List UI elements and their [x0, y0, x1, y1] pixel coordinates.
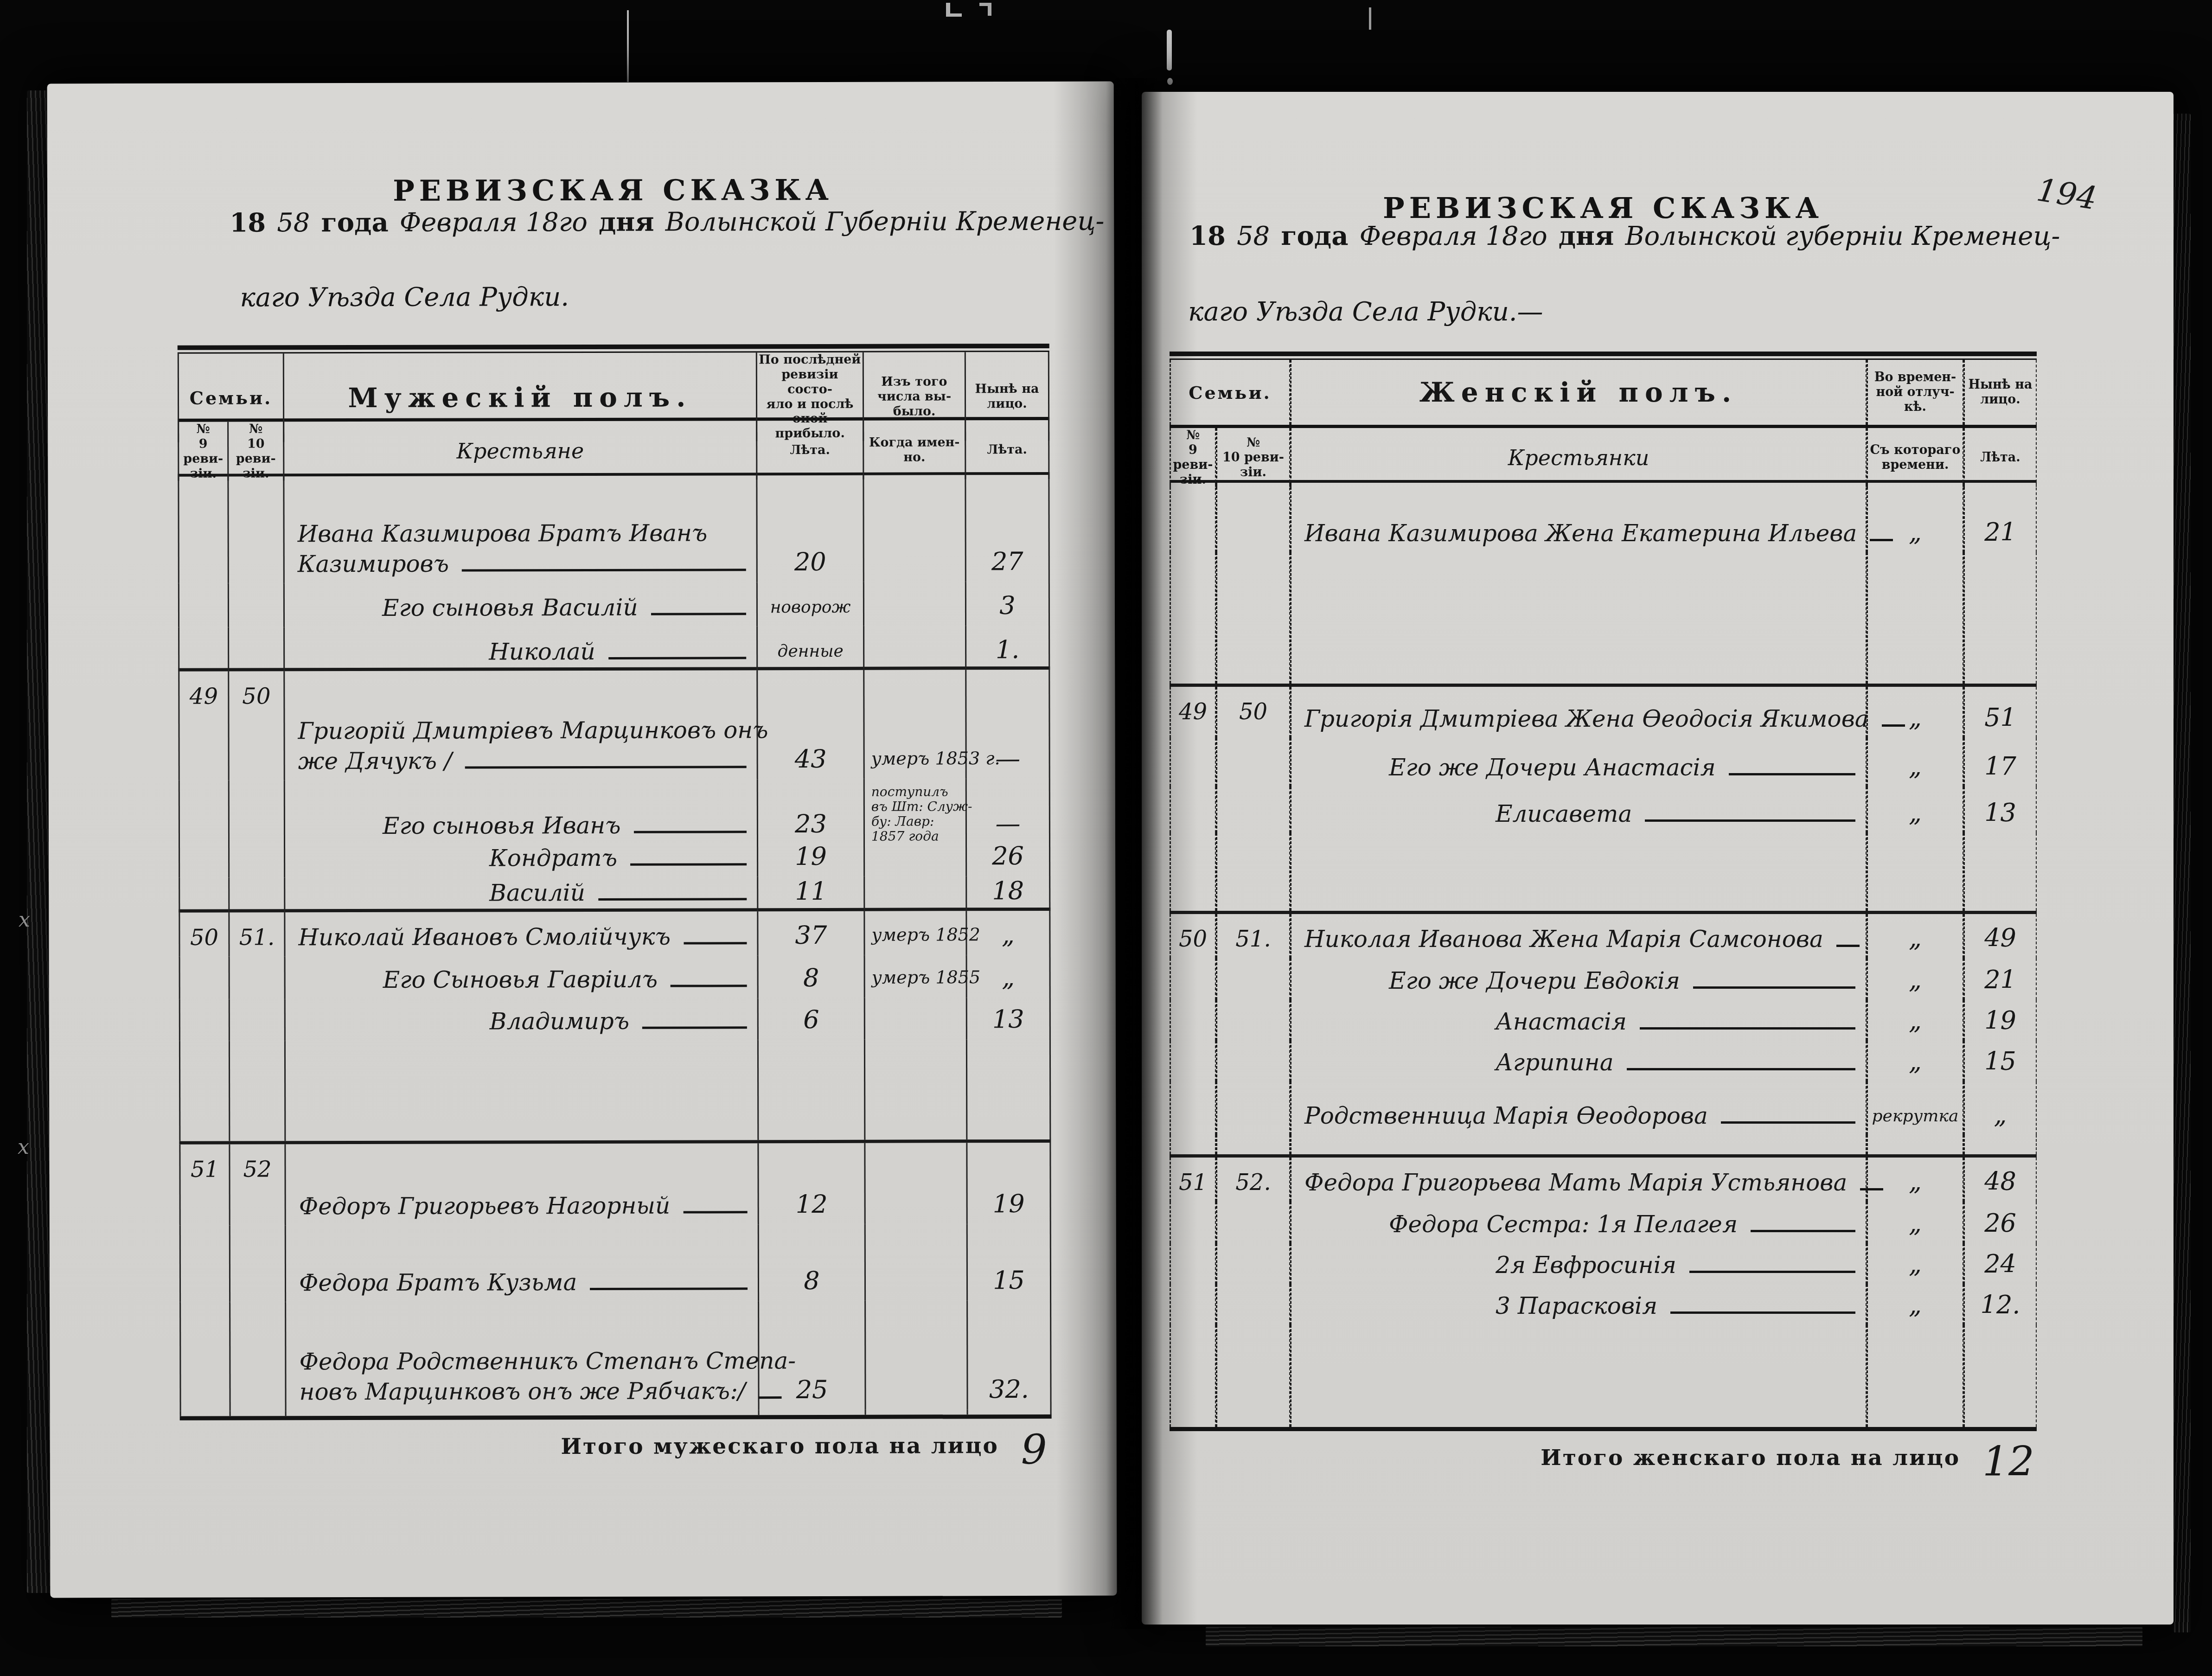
person-row: Николайденные1. — [178, 626, 1050, 672]
person-name: Федора Сестра: 1я Пелагея — [1389, 1209, 1738, 1240]
name-line: Николай — [489, 636, 756, 667]
absence-cell: „ — [1867, 1041, 1963, 1081]
rev9-number: 50 — [179, 913, 230, 957]
scan-artifact — [946, 3, 962, 17]
family-block: 5152Федоръ Григорьевъ Нагорный1219Федора… — [179, 1143, 1051, 1420]
cell-value: „ — [1994, 1100, 2007, 1129]
name-underline — [608, 657, 746, 659]
name-underline — [465, 766, 747, 768]
filler-cell — [1867, 1135, 1963, 1154]
scan-artifact — [1369, 7, 1371, 30]
age-previous: 37 — [758, 911, 865, 955]
column-subheader: Лѣта. — [966, 420, 1049, 480]
age-previous: 23 — [758, 779, 865, 844]
text-line: Изъ того — [881, 374, 947, 389]
cell-value: 3 — [999, 591, 1015, 620]
cell-value: 21 — [1984, 518, 2016, 547]
age-previous: 19 — [758, 839, 865, 876]
total-count: 9 — [1021, 1426, 1047, 1473]
name-underline — [683, 1211, 747, 1213]
absence-cell: „ — [1867, 958, 1963, 1000]
person-name-cell: Его же Дочери Евдокія — [1290, 958, 1867, 1000]
age-current: 18 — [967, 876, 1050, 911]
family-block: Ивана Казимирова Братъ ИванъКазимировъ20… — [178, 475, 1050, 672]
departure-note: умеръ 1855 — [865, 955, 967, 998]
summary-label: Итого женскаго пола на лицо — [1541, 1438, 1960, 1471]
age-current: 19 — [1963, 1000, 2037, 1041]
cell-value: „ — [1909, 1006, 1922, 1035]
name-line: же Дячукъ / — [298, 745, 757, 776]
text-line: бу: Лавр: — [871, 814, 962, 829]
scan-artifact — [979, 3, 991, 16]
right-page: 194 РЕВИЗСКАЯ СКАЗКА 1858годаФевраля 18г… — [1142, 92, 2174, 1625]
text-line: лицо. — [1980, 392, 2020, 407]
rev10-number — [230, 840, 285, 877]
age-current: 49 — [1963, 914, 2037, 958]
handwritten-year: 58 — [277, 208, 310, 238]
summary-label: Итого мужескаго пола на лицо — [561, 1426, 998, 1459]
absence-cell: „ — [1867, 1202, 1963, 1243]
printed-goda: года — [1281, 221, 1348, 251]
filler-cell — [865, 1039, 967, 1139]
rev9-number: 51 — [179, 1145, 230, 1226]
name-line: Казимировъ — [298, 548, 756, 579]
filler-cell — [1290, 1325, 1867, 1427]
name-line: Федора Родственникъ Степанъ Степа- — [299, 1346, 758, 1377]
age-previous: 12 — [759, 1143, 865, 1224]
filler-cell — [230, 1041, 286, 1141]
age-current: 3 — [966, 582, 1050, 626]
column-subheader: Съ котораговремени. — [1867, 428, 1963, 487]
name-line: Владимиръ — [490, 1006, 757, 1036]
person-row: Его сыновья Иванъ23поступилъвъ Шт: Служ-… — [179, 779, 1050, 841]
name-line: Его же Дочери Анастасія — [1389, 753, 1866, 783]
scanned-book-spread: x x РЕВИЗСКАЯ СКАЗКА 1858годаФевраля 18г… — [0, 0, 2212, 1676]
filler-cell — [1963, 1135, 2037, 1154]
block-filler — [1170, 1325, 2037, 1427]
filler-cell — [1170, 552, 1216, 684]
person-name: Его сыновья Василій — [382, 593, 638, 623]
name-line: Кондратъ — [489, 843, 757, 873]
cell-value: 25 — [796, 1375, 828, 1404]
rev9-number — [178, 477, 229, 583]
departure-note — [864, 475, 966, 582]
age-current: 12. — [1963, 1284, 2037, 1325]
table-header-main: Семьи.Мужескій полъ.По послѣднейревизіи … — [178, 351, 1049, 422]
age-current: 13 — [967, 998, 1051, 1039]
block-filler — [1170, 552, 2037, 684]
person-name-cell: Владимиръ — [286, 998, 759, 1041]
class-subheader: Крестьянки — [1290, 428, 1867, 487]
revision-title: РЕВИЗСКАЯ СКАЗКА — [177, 173, 1049, 208]
cell-value: 8 — [803, 963, 819, 992]
cell-value: „ — [1909, 1047, 1922, 1076]
person-row: Владимиръ613 — [179, 998, 1051, 1041]
filler-cell — [1963, 1325, 2037, 1427]
age-current: 15 — [1963, 1041, 2037, 1081]
text-line: въ Шт: Служ- — [871, 799, 962, 814]
cell-value: „ — [1909, 798, 1922, 827]
text-line: кѣ. — [1904, 400, 1926, 415]
left-page: РЕВИЗСКАЯ СКАЗКА 1858годаФевраля 18годня… — [47, 82, 1117, 1598]
person-row: Федора Родственникъ Степанъ Степа-новъ М… — [179, 1300, 1051, 1411]
person-name-cell: Его Сыновья Гавріилъ — [286, 955, 759, 999]
person-row: 5051.Николай Ивановъ Смолійчукъ37умеръ 1… — [179, 911, 1050, 957]
summary-row: Итого мужескаго пола на лицо 9 — [561, 1426, 1047, 1474]
text-line: Во времен- — [1874, 370, 1956, 385]
date-line: 1858годаФевраля 18годняВолынской губерні… — [1186, 221, 2067, 251]
person-row: 4950Григорій Дмитріевъ Марцинковъ онъже … — [178, 670, 1050, 780]
rev10-number — [230, 780, 285, 845]
rev9-number: 49 — [1170, 687, 1216, 738]
printed-dnya: дня — [1559, 221, 1614, 251]
person-name-cell: Ивана Казимирова Братъ ИванъКазимировъ — [284, 475, 757, 583]
person-name: Василій — [489, 878, 585, 908]
cell-value: 6 — [803, 1005, 819, 1034]
rev9-number — [178, 583, 229, 627]
filler-cell — [1170, 1135, 1216, 1154]
rev10-number — [1216, 483, 1290, 552]
person-row: Федора Сестра: 1я Пелагея„26 — [1170, 1202, 2037, 1243]
departure-note: поступилъвъ Шт: Служ-бу: Лавр:1857 года — [865, 779, 967, 844]
age-current: 27 — [966, 475, 1049, 582]
cell-value: 37 — [795, 921, 827, 950]
handwritten-month-day: Февраля 18го — [400, 207, 588, 238]
name-underline — [651, 613, 746, 615]
text-line: умеръ 1853 г. — [871, 748, 962, 769]
name-line: 2я Евфросинія — [1496, 1250, 1866, 1280]
person-name-cell: Его же Дочери Анастасія — [1290, 738, 1867, 787]
date-line: 1858годаФевраля 18годняВолынской Губерні… — [226, 206, 1112, 238]
person-name-cell: Николай — [285, 626, 758, 671]
departure-note — [865, 1143, 967, 1224]
family-block: 5051.Николая Иванова Жена Марія Самсонов… — [1170, 914, 2037, 1158]
scan-artifact — [627, 10, 629, 82]
rev10-number — [230, 999, 286, 1041]
cell-value: новорож — [770, 598, 851, 621]
table-header-sub: №9 реви-зіи.№10 реви-зіи.КрестьянкиСъ ко… — [1170, 428, 2037, 483]
text-line: Крестьянки — [1508, 445, 1649, 470]
text-line: № — [196, 422, 210, 437]
book-gutter — [1106, 78, 1163, 1629]
rev10-number — [1216, 1243, 1290, 1284]
name-underline — [1836, 945, 1860, 947]
age-previous: 8 — [759, 955, 865, 998]
person-name: Федора Родственникъ Степанъ Степа- — [299, 1346, 796, 1377]
person-row: Ивана Казимирова Жена Екатерина Ильева„2… — [1170, 483, 2037, 552]
person-row: Кондратъ1926 — [179, 839, 1050, 878]
name-line: Федоръ Григорьевъ Нагорный — [299, 1190, 758, 1222]
filler-cell — [1216, 833, 1290, 911]
filler-cell — [1216, 552, 1290, 684]
person-name: Николай — [489, 637, 595, 667]
name-line: Василій — [489, 877, 757, 908]
filler-cell — [1963, 552, 2037, 684]
filler-cell — [1867, 552, 1963, 684]
text-line: № — [249, 422, 262, 436]
age-current: 32. — [968, 1300, 1051, 1409]
person-row: Родственница Марія Ѳеодороварекрутка„ — [1170, 1081, 2037, 1135]
absence-cell: рекрутка — [1867, 1081, 1963, 1135]
name-underline — [1689, 1271, 1855, 1273]
person-row: 5152.Федора Григорьева Мать Марія Устьян… — [1170, 1158, 2037, 1202]
cell-value: 20 — [794, 547, 826, 576]
text-line: 10 реви- — [1222, 450, 1284, 465]
person-row: Его сыновья Василійноворож3 — [178, 582, 1050, 627]
cell-value: „ — [1002, 920, 1015, 949]
name-line: Его сыновья Василій — [382, 592, 756, 623]
rev9-number — [179, 878, 230, 913]
cell-value: „ — [1909, 518, 1922, 547]
text-line: было. — [893, 404, 936, 419]
place-line: каго Уѣзда Села Рудки. — [240, 282, 569, 313]
name-underline — [1627, 1068, 1856, 1070]
rev10-number — [1216, 958, 1290, 1000]
absence-cell: „ — [1867, 914, 1963, 958]
cell-value: 12. — [1981, 1290, 2020, 1319]
rev10-number — [229, 583, 285, 627]
rev10-number — [1216, 1202, 1290, 1243]
name-underline — [1751, 1230, 1855, 1232]
cell-value: „ — [1909, 1290, 1922, 1319]
cell-value: „ — [1909, 965, 1922, 994]
page-stack-edge — [1206, 1627, 2142, 1646]
age-current: 24 — [1963, 1243, 2037, 1284]
filler-cell — [1216, 1135, 1290, 1154]
cell-value: 13 — [992, 1004, 1024, 1034]
name-underline — [598, 898, 747, 901]
name-line: Федора Григорьева Мать Марія Устьянова — [1304, 1168, 1866, 1198]
person-name: Григорія Дмитріева Жена Ѳеодосія Якимова — [1304, 704, 1869, 734]
printed-goda: года — [321, 207, 388, 238]
cell-value: 18 — [992, 876, 1024, 905]
revision-title: РЕВИЗСКАЯ СКАЗКА — [1170, 191, 2037, 225]
filler-cell — [287, 1410, 760, 1416]
rev9-number — [1170, 787, 1216, 833]
name-line: Федора Сестра: 1я Пелагея — [1389, 1209, 1866, 1240]
name-line: Его Сыновья Гавріилъ — [383, 964, 757, 995]
name-underline — [630, 863, 747, 866]
person-name: Григорій Дмитріевъ Марцинковъ онъ — [298, 715, 768, 746]
person-row: Агрипина„15 — [1170, 1041, 2037, 1081]
person-name-cell: Елисавета — [1290, 787, 1867, 833]
text-line: поступилъ — [871, 784, 962, 799]
name-line: Елисавета — [1496, 799, 1866, 829]
person-name: Федоръ Григорьевъ Нагорный — [299, 1191, 671, 1222]
age-current: 26 — [1963, 1202, 2037, 1243]
cell-value: „ — [1909, 752, 1922, 781]
person-name-cell: Федоръ Григорьевъ Нагорный — [286, 1143, 759, 1225]
block-filler — [179, 1039, 1051, 1141]
departure-note — [866, 1300, 968, 1409]
page-number: 194 — [2034, 172, 2100, 217]
absence-cell: „ — [1867, 1000, 1963, 1041]
text-line: Лѣта. — [1980, 450, 2020, 465]
text-line: Съ котораго — [1870, 443, 1961, 458]
age-current: 26 — [967, 839, 1050, 876]
person-name: Федора Братъ Кузьма — [299, 1267, 577, 1298]
name-underline — [1640, 1027, 1855, 1030]
person-name-cell: Его сыновья Иванъ — [285, 779, 758, 845]
age-current: 21 — [1963, 483, 2037, 552]
departure-note: умеръ 1852 — [865, 911, 967, 955]
name-underline — [1670, 1311, 1855, 1314]
text-line: лицо. — [987, 397, 1027, 411]
person-name: Агрипина — [1496, 1048, 1614, 1078]
rev9-number — [1170, 1081, 1216, 1135]
column-subheader: Лѣта. — [1963, 428, 2037, 487]
rev10-number — [1216, 787, 1290, 833]
cell-value: „ — [1909, 1209, 1922, 1238]
filler-cell — [179, 1041, 230, 1141]
rev9-number — [1170, 1041, 1216, 1081]
cell-value: 19 — [1984, 1006, 2016, 1035]
rev9-number — [1170, 738, 1216, 787]
name-line: Федора Братъ Кузьма — [299, 1267, 758, 1298]
handwritten-year: 58 — [1237, 221, 1270, 251]
summary-row: Итого женскаго пола на лицо 12 — [1541, 1438, 2034, 1485]
person-row: Елисавета„13 — [1170, 787, 2037, 833]
person-name: Его Сыновья Гавріилъ — [383, 965, 658, 995]
person-row: Его Сыновья Гавріилъ8умеръ 1855„ — [179, 955, 1051, 999]
person-name: Николая Иванова Жена Марія Самсонова — [1304, 924, 1823, 954]
rev9-number — [1170, 1000, 1216, 1041]
person-name: же Дячукъ / — [298, 746, 452, 777]
person-row: 5051.Николая Иванова Жена Марія Самсонов… — [1170, 914, 2037, 958]
filler-cell — [1290, 1135, 1867, 1154]
name-line: Его сыновья Иванъ — [383, 810, 757, 841]
rev9-number — [1170, 1243, 1216, 1284]
rev10-number — [230, 877, 285, 912]
person-name-cell: Анастасія — [1290, 1000, 1867, 1041]
rev10-number: 51. — [230, 912, 285, 956]
class-subheader: Крестьяне — [284, 421, 757, 481]
cell-value: „ — [1909, 1249, 1922, 1279]
family-block: 5051.Николай Ивановъ Смолійчукъ37умеръ 1… — [179, 911, 1051, 1145]
name-line: Николая Иванова Жена Марія Самсонова — [1304, 924, 1866, 954]
name-line: Григорій Дмитріевъ Марцинковъ онъ — [298, 715, 756, 746]
place-line: каго Уѣзда Села Рудки.— — [1188, 297, 1543, 327]
rev10-number — [230, 1225, 286, 1302]
age-previous: 25 — [759, 1301, 866, 1410]
person-row: 2я Евфросинія„24 — [1170, 1243, 2037, 1284]
rev10-number — [230, 1302, 286, 1411]
name-line: новъ Марцинковъ онъ же Рябчакъ:/ — [299, 1376, 758, 1407]
handwritten-month-day: Февраля 18го — [1359, 221, 1547, 251]
rev10-number: 50 — [229, 671, 285, 780]
person-name-cell: Григорія Дмитріева Жена Ѳеодосія Якимова — [1290, 687, 1867, 738]
person-row: Его же Дочери Анастасія„17 — [1170, 738, 2037, 787]
age-current: 21 — [1963, 958, 2037, 1000]
text-line: Лѣта. — [987, 442, 1027, 457]
filler-cell — [1867, 1325, 1963, 1427]
text-line: № — [1247, 435, 1260, 450]
name-line: Николай Ивановъ Смолійчукъ — [298, 921, 757, 953]
rev9-number: 51 — [1170, 1158, 1216, 1202]
text-line: времени. — [1882, 458, 1949, 473]
printed-year-prefix: 18 — [230, 207, 266, 238]
column-subheader: №10 реви-зіи. — [229, 422, 284, 481]
absence-cell: „ — [1867, 1284, 1963, 1325]
cell-value: „ — [1909, 703, 1922, 732]
name-underline — [1721, 1121, 1855, 1124]
filler-cell — [1290, 552, 1867, 684]
handwritten-province: Волынской губерніи Кременец- — [1625, 221, 2060, 251]
handwritten-province: Волынской Губерніи Кременец- — [665, 206, 1105, 237]
column-subheader: Когда имен-но. — [864, 420, 966, 480]
cell-value: 12 — [796, 1190, 828, 1219]
filler-cell — [968, 1409, 1052, 1414]
text-line: но. — [903, 450, 925, 465]
age-previous: 20 — [757, 475, 864, 582]
person-name-cell: Николай Ивановъ Смолійчукъ — [285, 911, 758, 956]
text-line: Нынѣ на — [1969, 377, 2033, 392]
family-block: 5152.Федора Григорьева Мать Марія Устьян… — [1170, 1158, 2037, 1431]
rev9-number — [179, 999, 230, 1041]
departure-note — [865, 876, 967, 911]
person-name-cell: Агрипина — [1290, 1041, 1867, 1081]
rev9-number — [1170, 1284, 1216, 1325]
cell-value: 26 — [1984, 1209, 2016, 1238]
cell-value: 1. — [996, 635, 1020, 664]
cell-value: рекрутка — [1872, 1107, 1959, 1129]
cell-value: денные — [778, 642, 844, 665]
name-underline — [642, 1026, 747, 1029]
rev9-number — [179, 841, 230, 878]
filler-cell — [1170, 1325, 1216, 1427]
age-previous: денные — [758, 626, 864, 670]
age-previous: 8 — [759, 1224, 866, 1301]
filler-cell — [866, 1409, 968, 1414]
rev9-number — [179, 1226, 230, 1302]
filler-cell — [1963, 833, 2037, 911]
text-line: 9 реви- — [1171, 443, 1215, 473]
rev9-number — [1170, 1202, 1216, 1243]
age-current: „ — [1963, 1081, 2037, 1135]
departure-note: умеръ 1853 г. — [864, 670, 966, 779]
person-name: Его же Дочери Евдокія — [1389, 966, 1680, 996]
filler-cell — [1216, 1325, 1290, 1427]
filler-cell — [760, 1410, 866, 1415]
cell-value: 27 — [991, 547, 1023, 576]
text-line: № — [1186, 428, 1200, 443]
text-line: 10 реви- — [229, 436, 283, 466]
column-subheader: №10 реви-зіи. — [1216, 428, 1290, 487]
age-current: „ — [967, 911, 1050, 955]
column-header: Во времен-ной отлуч-кѣ. — [1867, 360, 1963, 425]
rev10-number: 50 — [1216, 687, 1290, 738]
text-line: умеръ 1855 — [872, 967, 962, 988]
absence-cell: „ — [1867, 787, 1963, 833]
age-current: 15 — [968, 1224, 1051, 1300]
name-underline — [1693, 986, 1855, 989]
person-name: новъ Марцинковъ онъ же Рябчакъ:/ — [299, 1376, 745, 1407]
text-line: яло и послѣ — [766, 397, 853, 411]
block-filler — [1170, 1135, 2037, 1154]
cell-value: „ — [1909, 923, 1922, 953]
person-name: Владимиръ — [490, 1006, 629, 1037]
column-subheader: №9 реви-зіи. — [1170, 428, 1216, 487]
text-line: Лѣта. — [790, 443, 830, 458]
rev10-number — [1216, 1284, 1290, 1325]
age-current: „ — [967, 955, 1051, 998]
person-name: Родственница Марія Ѳеодорова — [1304, 1101, 1708, 1131]
cell-value: 26 — [992, 841, 1024, 870]
cell-value: 21 — [1984, 965, 2016, 994]
cell-value: 15 — [1984, 1047, 2016, 1076]
rev9-number — [178, 627, 229, 672]
person-name-cell: Николая Иванова Жена Марія Самсонова — [1290, 914, 1867, 958]
